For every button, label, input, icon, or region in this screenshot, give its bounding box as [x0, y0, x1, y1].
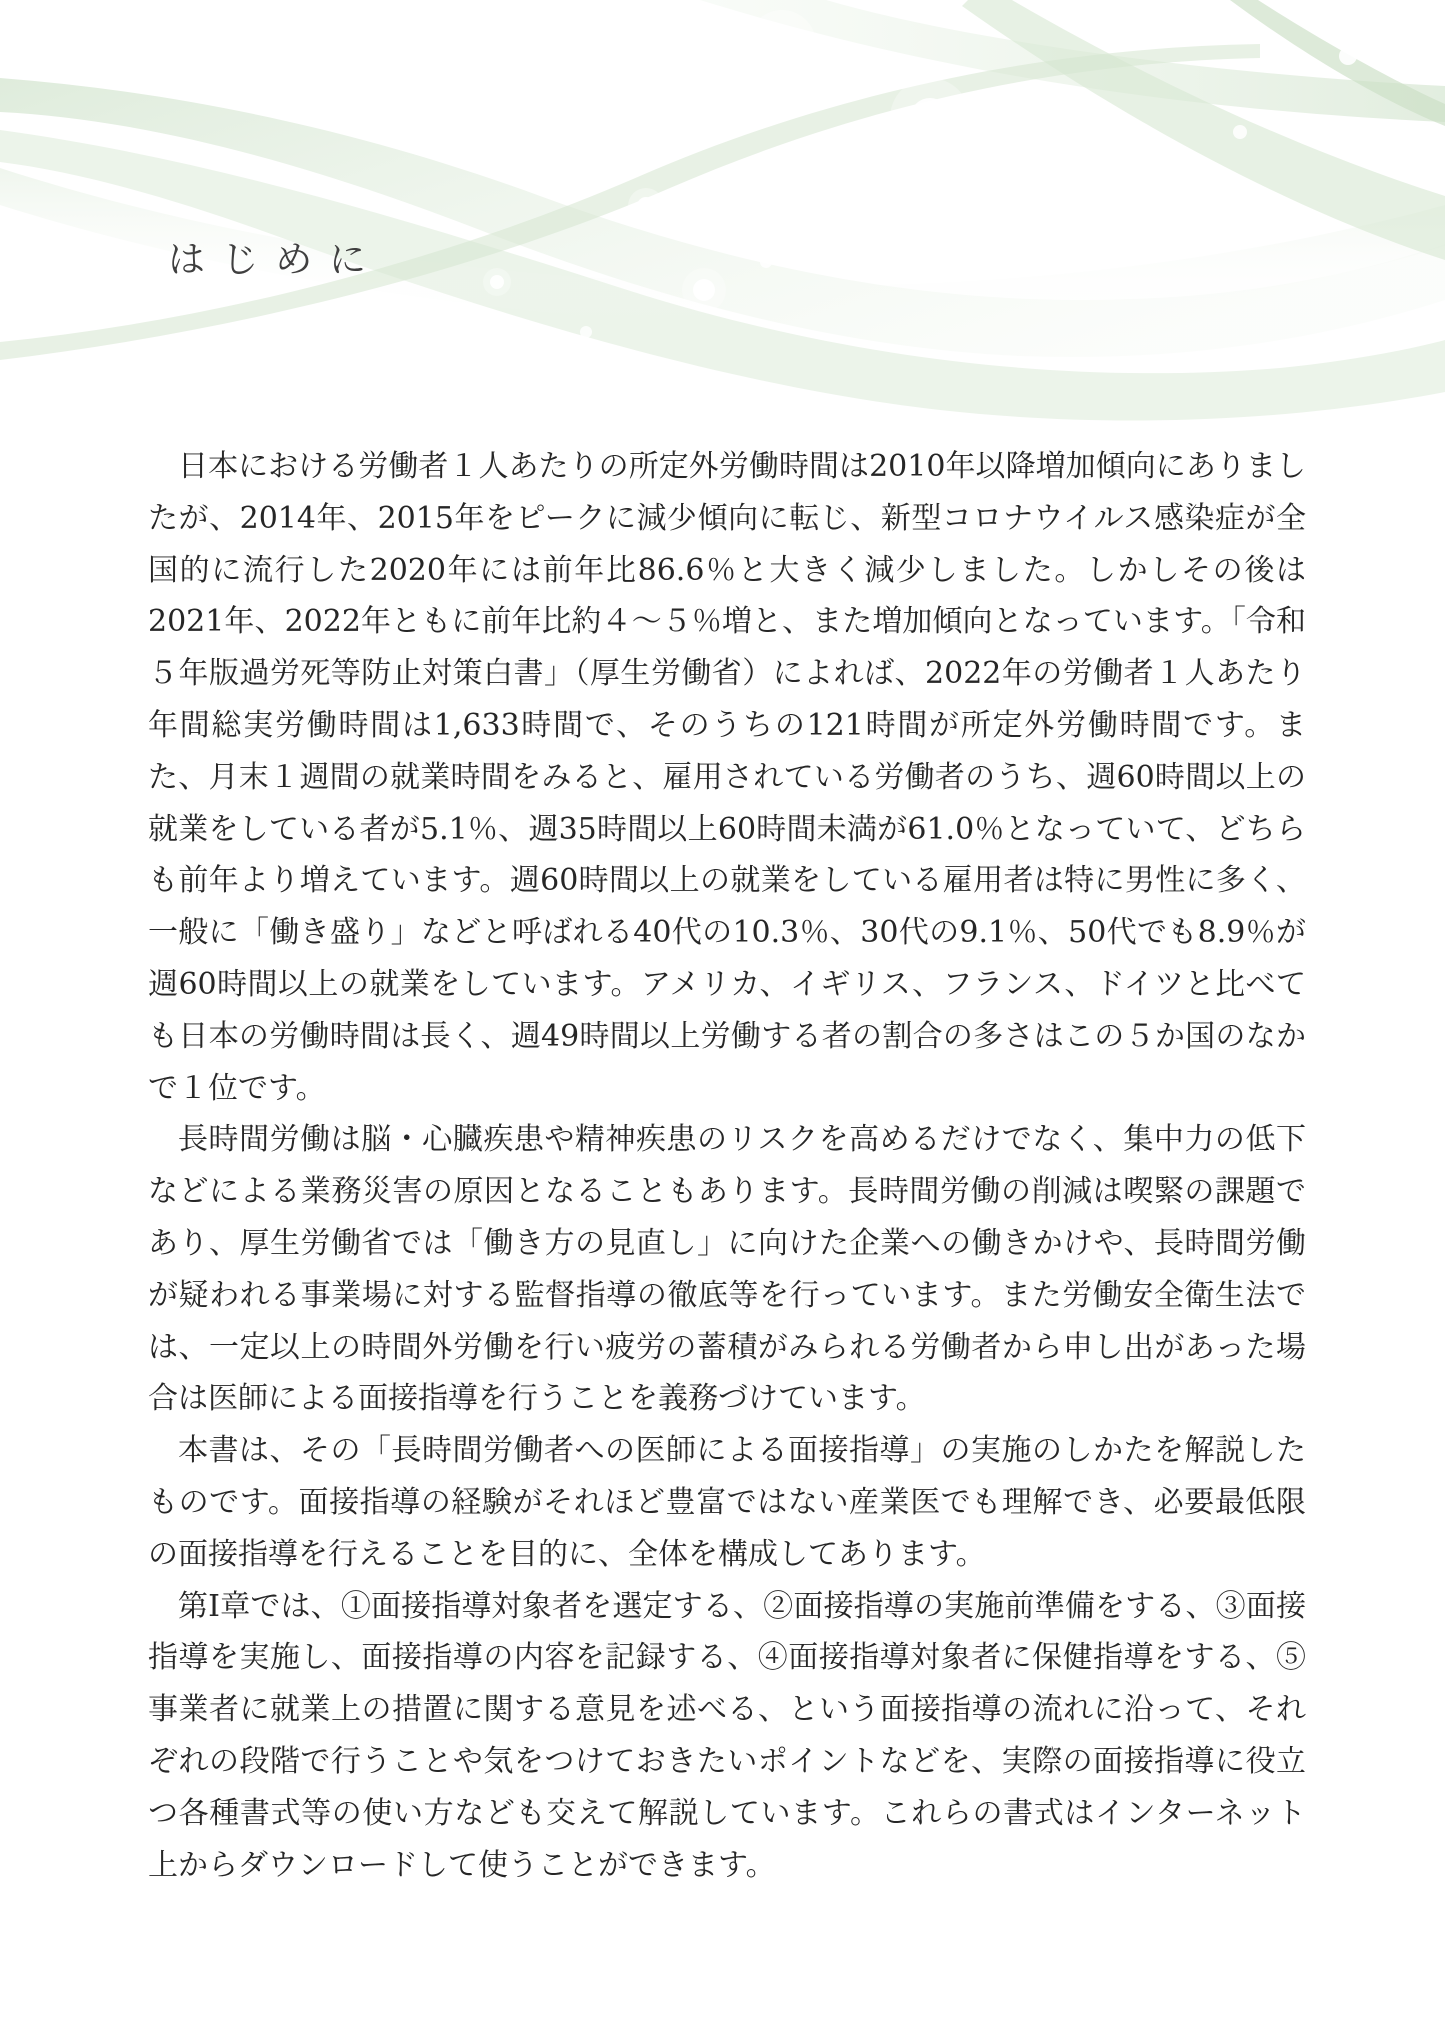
wave-band-main — [0, 78, 1445, 357]
wave-thin-arc — [0, 44, 1260, 360]
page-heading: はじめに — [168, 229, 383, 283]
sparkle-dots — [483, 10, 1357, 396]
paragraph: 第Ⅰ章では、①面接指導対象者を選定する、②面接指導の実施前準備をする、③面接指導… — [148, 1581, 1306, 1892]
paragraph: 長時間労働は脳・心臓疾患や精神疾患のリスクを高めるだけでなく、集中力の低下などに… — [148, 1114, 1306, 1425]
book-page: はじめに 日本における労働者１人あたりの所定外労働時間は2010年以降増加傾向に… — [0, 0, 1445, 2040]
wave-stripe-top-3 — [1230, 0, 1445, 126]
paragraph: 日本における労働者１人あたりの所定外労働時間は2010年以降増加傾向にありました… — [148, 441, 1306, 1114]
wave-stripe-top-2 — [962, 0, 1445, 260]
body-text: 日本における労働者１人あたりの所定外労働時間は2010年以降増加傾向にありました… — [148, 441, 1306, 1891]
wave-stripe-top-1 — [700, 0, 1445, 122]
paragraph: 本書は、その「長時間労働者への医師による面接指導」の実施のしかたを解説したもので… — [148, 1425, 1306, 1580]
